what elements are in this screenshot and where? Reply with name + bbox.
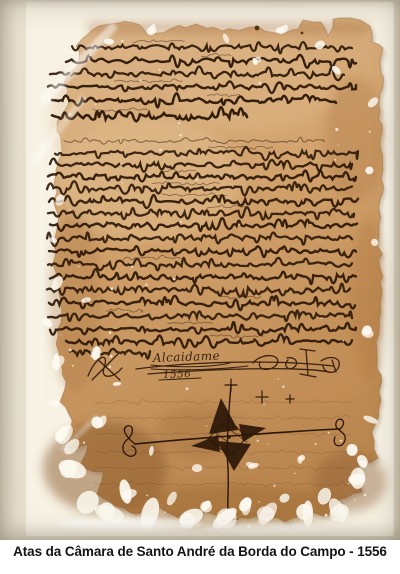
damage-speck [268,443,269,444]
hole-dot [255,26,260,31]
caption: Atas da Câmara de Santo André da Borda d… [13,544,387,559]
damage-blotch [347,444,358,456]
compass-center-dot [227,435,231,439]
gloss-streak [204,524,320,534]
damage-speck [72,365,74,367]
damage-speck [69,209,71,211]
damage-speck [178,122,180,124]
damage-speck [297,74,299,76]
damage-speck [334,159,336,161]
damage-speck [315,443,317,445]
damage-speck [149,174,150,175]
damage-speck [328,432,330,434]
damage-speck [369,131,371,133]
damage-speck [180,221,182,223]
damage-speck [110,287,113,290]
screenshot-root: Alcaidame 1556 [0,0,400,574]
damage-speck [277,378,279,380]
damage-speck [109,366,111,368]
damage-speck [125,311,127,313]
damage-speck [294,472,296,474]
signature-year: 1556 [163,368,192,381]
manuscript-photo: Alcaidame 1556 [0,0,400,540]
damage-speck [325,514,328,517]
damage-speck [258,82,261,85]
signature-word: Alcaidame [152,349,221,365]
damage-speck [186,387,189,390]
damage-speck [122,182,123,183]
damage-speck [342,340,344,342]
damage-speck [348,483,350,485]
damage-speck [282,385,284,387]
damage-speck [273,485,275,487]
damage-speck [376,523,378,525]
damage-speck [109,331,112,334]
damage-speck [179,134,182,137]
damage-speck [173,278,176,281]
damage-speck [263,404,265,406]
damage-speck [131,266,133,268]
damage-speck [120,163,123,166]
damage-speck [146,495,148,497]
damage-speck [159,148,162,151]
damage-speck [335,128,338,131]
damage-speck [69,349,72,352]
stain [88,23,368,33]
damage-speck [145,283,148,286]
damage-speck [78,266,79,267]
damage-speck [195,178,198,181]
damage-speck [258,501,260,503]
manuscript-artwork: Alcaidame 1556 [0,0,400,540]
damage-speck [364,494,367,497]
damage-speck [110,355,113,358]
damage-speck [206,425,207,426]
damage-speck [159,69,161,71]
stain [325,78,385,202]
gloss-streak [385,60,390,460]
damage-speck [94,103,96,105]
damage-speck [354,499,356,501]
damage-speck [321,529,323,531]
damage-speck [340,440,342,442]
damage-speck [139,79,142,82]
caption-bar: Atas da Câmara de Santo André da Borda d… [0,540,400,574]
gloss-streak [58,518,202,530]
damage-blotch [53,354,60,371]
damage-speck [238,116,240,118]
damage-speck [75,429,76,430]
damage-speck [60,334,61,335]
hole-dot [301,32,304,35]
damage-speck [239,224,241,226]
damage-speck [257,440,259,442]
damage-speck [338,144,339,145]
damage-speck [121,40,124,43]
gloss-streak [40,140,44,400]
damage-speck [259,75,260,76]
damage-speck [99,505,100,506]
damage-speck [320,317,322,319]
damage-speck [164,511,166,513]
damage-speck [83,442,85,444]
